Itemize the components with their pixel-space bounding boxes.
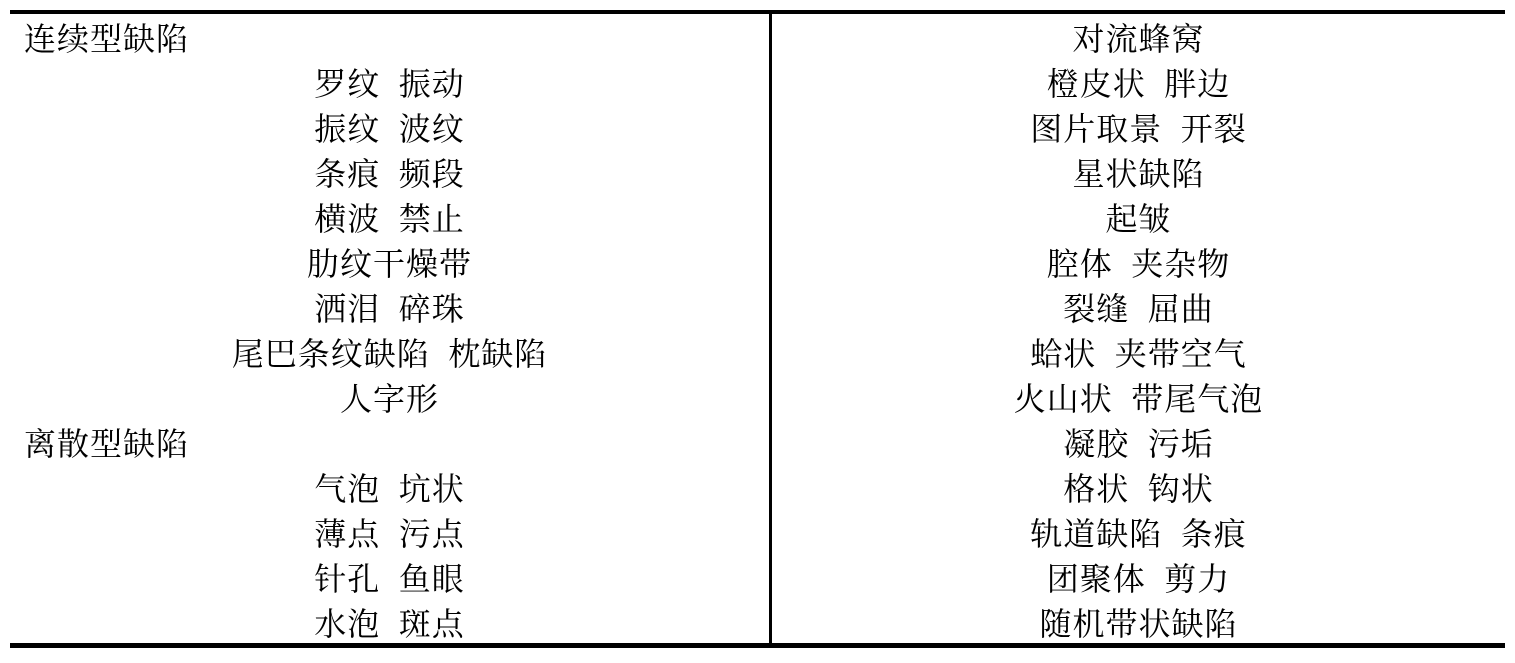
defect-row: 随机带状缺陷 bbox=[772, 602, 1505, 647]
category-label-discrete-defects: 离散型缺陷 bbox=[10, 422, 769, 467]
defect-row: 条痕 频段 bbox=[10, 152, 769, 197]
defect-row: 裂缝 屈曲 bbox=[772, 287, 1505, 332]
defect-row: 凝胶 污垢 bbox=[772, 422, 1505, 467]
defect-row: 洒泪 碎珠 bbox=[10, 287, 769, 332]
defect-row: 腔体 夹杂物 bbox=[772, 242, 1505, 287]
defect-row: 薄点 污点 bbox=[10, 512, 769, 557]
defect-row: 蛤状 夹带空气 bbox=[772, 332, 1505, 377]
defect-row: 水泡 斑点 bbox=[10, 602, 769, 647]
defect-row: 轨道缺陷 条痕 bbox=[772, 512, 1505, 557]
defect-row: 尾巴条纹缺陷 枕缺陷 bbox=[10, 332, 769, 377]
defect-row: 格状 钩状 bbox=[772, 467, 1505, 512]
defect-row: 振纹 波纹 bbox=[10, 107, 769, 152]
defect-row: 图片取景 开裂 bbox=[772, 107, 1505, 152]
defect-row: 对流蜂窝 bbox=[772, 17, 1505, 62]
defect-row: 横波 禁止 bbox=[10, 197, 769, 242]
defects-table: 连续型缺陷 罗纹 振动 振纹 波纹 条痕 频段 横波 禁止 肋纹干燥带 洒泪 碎… bbox=[10, 10, 1505, 648]
defect-row: 人字形 bbox=[10, 377, 769, 422]
defect-row: 罗纹 振动 bbox=[10, 62, 769, 107]
defect-row: 针孔 鱼眼 bbox=[10, 557, 769, 602]
defect-row: 肋纹干燥带 bbox=[10, 242, 769, 287]
defects-table-left-column: 连续型缺陷 罗纹 振动 振纹 波纹 条痕 频段 横波 禁止 肋纹干燥带 洒泪 碎… bbox=[10, 14, 772, 643]
defects-table-right-column: 对流蜂窝 橙皮状 胖边 图片取景 开裂 星状缺陷 起皱 腔体 夹杂物 裂缝 屈曲… bbox=[772, 14, 1505, 643]
category-label-continuous-defects: 连续型缺陷 bbox=[10, 17, 769, 62]
defect-row: 火山状 带尾气泡 bbox=[772, 377, 1505, 422]
defect-row: 气泡 坑状 bbox=[10, 467, 769, 512]
defect-row: 星状缺陷 bbox=[772, 152, 1505, 197]
defect-row: 团聚体 剪力 bbox=[772, 557, 1505, 602]
defect-row: 起皱 bbox=[772, 197, 1505, 242]
defect-row: 橙皮状 胖边 bbox=[772, 62, 1505, 107]
